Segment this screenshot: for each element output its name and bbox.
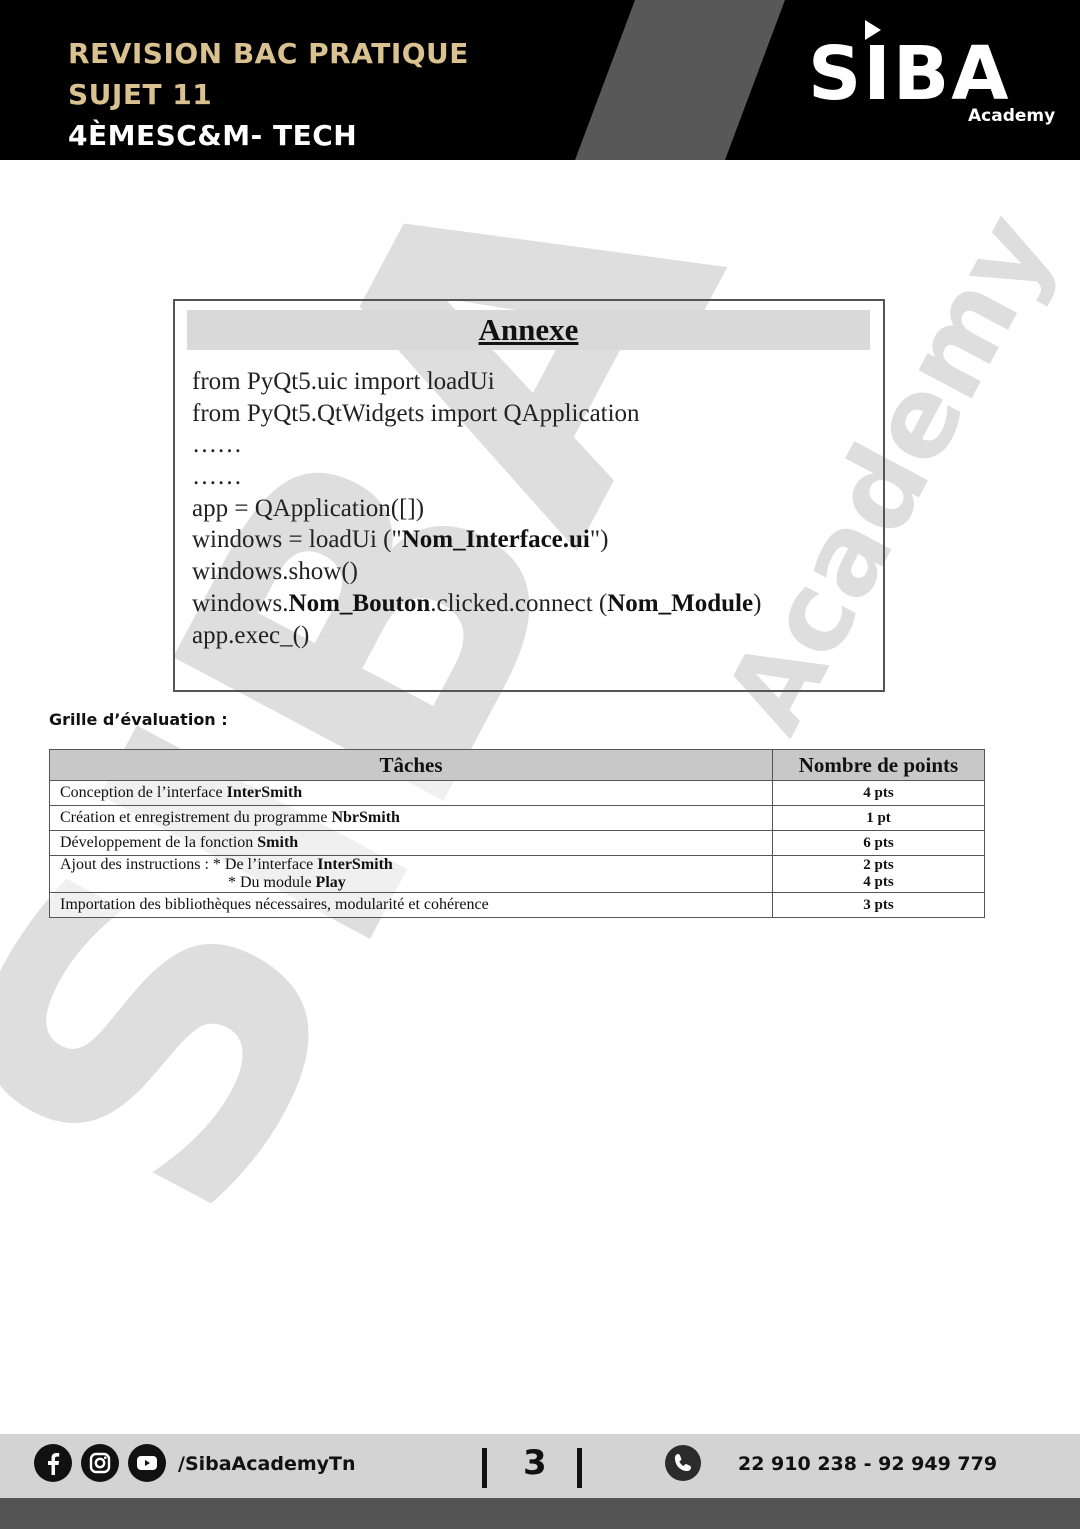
task-cell: Importation des bibliothèques nécessaire…: [50, 893, 773, 918]
header-titles: REVISION BAC PRATIQUE SUJET 11 4ÈMESC&M-…: [68, 33, 469, 156]
header-points: Nombre de points: [773, 750, 985, 781]
logo-sub-text: Academy: [968, 106, 1055, 126]
social-handle[interactable]: /SibaAcademyTn: [178, 1453, 356, 1475]
points-cell: 1 pt: [773, 806, 985, 831]
code-line: app.exec_(): [192, 620, 761, 652]
points-cell: 6 pts: [773, 831, 985, 856]
points-cell: 2 pts4 pts: [773, 856, 985, 893]
annexe-box: Annexe from PyQt5.uic import loadUifrom …: [173, 299, 885, 692]
points-cell: 3 pts: [773, 893, 985, 918]
points-cell: 4 pts: [773, 781, 985, 806]
phone-icon: [665, 1445, 701, 1481]
table-row: Importation des bibliothèques nécessaire…: [50, 893, 985, 918]
instagram-icon[interactable]: [81, 1444, 119, 1482]
annexe-title: Annexe: [479, 312, 579, 347]
code-line: ……: [192, 461, 761, 493]
task-cell: Ajout des instructions : * De l’interfac…: [50, 856, 773, 893]
code-line: app = QApplication([]): [192, 493, 761, 525]
code-line: from PyQt5.QtWidgets import QApplication: [192, 398, 761, 430]
annexe-title-bar: Annexe: [187, 310, 870, 350]
code-line: windows.show(): [192, 556, 761, 588]
grille-title: Grille d’évaluation :: [49, 710, 228, 729]
footer-bottom-bar: [0, 1498, 1080, 1529]
header-title-class: 4ÈMESC&M- TECH: [68, 115, 469, 156]
logo-brand-text: SIBA: [808, 34, 1011, 114]
task-cell: Création et enregistrement du programme …: [50, 806, 773, 831]
header-taches: Tâches: [50, 750, 773, 781]
header-title-revision: REVISION BAC PRATIQUE: [68, 33, 469, 74]
evaluation-table: Tâches Nombre de points Conception de l’…: [49, 749, 985, 918]
header-slant-decoration: [575, 0, 785, 160]
code-line: windows.Nom_Bouton.clicked.connect (Nom_…: [192, 588, 761, 620]
task-cell: Développement de la fonction Smith: [50, 831, 773, 856]
code-line: windows = loadUi ("Nom_Interface.ui"): [192, 524, 761, 556]
header-title-sujet: SUJET 11: [68, 74, 469, 115]
youtube-icon[interactable]: [128, 1444, 166, 1482]
code-line: ……: [192, 429, 761, 461]
separator-right: [577, 1448, 582, 1488]
table-row: Développement de la fonction Smith6 pts: [50, 831, 985, 856]
table-header-row: Tâches Nombre de points: [50, 750, 985, 781]
social-icons: [34, 1444, 166, 1482]
phone-numbers[interactable]: 22 910 238 - 92 949 779: [738, 1453, 997, 1475]
page-footer: /SibaAcademyTn 3 22 910 238 - 92 949 779: [0, 1434, 1080, 1498]
siba-logo: SIBA Academy: [808, 20, 1048, 130]
code-line: from PyQt5.uic import loadUi: [192, 366, 761, 398]
page-number: 3: [523, 1443, 547, 1483]
annexe-code-block: from PyQt5.uic import loadUifrom PyQt5.Q…: [192, 366, 761, 651]
task-cell: Conception de l’interface InterSmith: [50, 781, 773, 806]
page-header: REVISION BAC PRATIQUE SUJET 11 4ÈMESC&M-…: [0, 0, 1080, 160]
table-row: Création et enregistrement du programme …: [50, 806, 985, 831]
facebook-icon[interactable]: [34, 1444, 72, 1482]
table-row: Ajout des instructions : * De l’interfac…: [50, 856, 985, 893]
table-row: Conception de l’interface InterSmith4 pt…: [50, 781, 985, 806]
separator-left: [482, 1448, 487, 1488]
